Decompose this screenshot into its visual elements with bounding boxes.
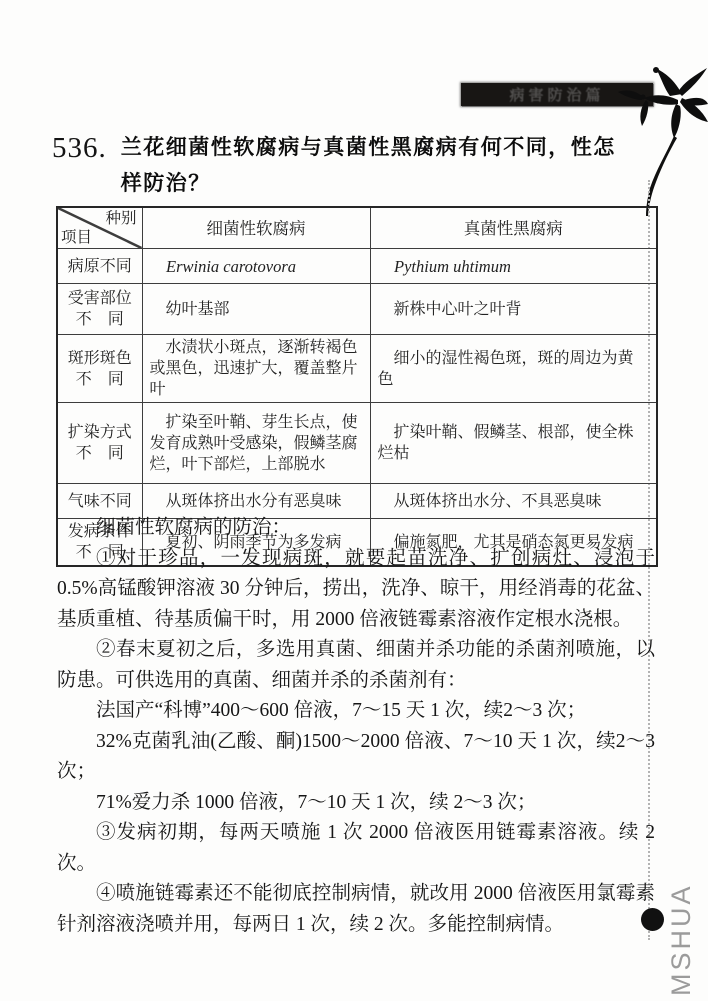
table-row-spread-mode: 扩染方式 不 同 扩染至叶鞘、芽生长点，使发育成熟叶受感染，假鳞茎腐烂，叶下部烂… <box>57 403 657 484</box>
cell-fungal-spread: 扩染叶鞘、假鳞茎、根部，使全株烂枯 <box>370 403 657 484</box>
question-title-block: 536. 兰花细菌性软腐病与真菌性黑腐病有何不同，性怎 样防治？ <box>52 130 662 202</box>
table-header-row: 种别 项目 细菌性软腐病 真菌性黑腐病 <box>57 207 657 249</box>
cell-bacterial-part: 幼叶基部 <box>142 284 370 335</box>
table-corner-cell: 种别 项目 <box>57 207 142 249</box>
page-title: 兰花细菌性软腐病与真菌性黑腐病有何不同，性怎 样防治？ <box>121 130 616 202</box>
chapter-banner-label: 病害防治篇 <box>509 84 604 105</box>
paragraph-fungicide-2: 32%克菌乳油(乙酸、酮)1500～2000 倍液、7～10 天 1 次，续2～… <box>57 727 655 788</box>
watermark-text: MSHUA <box>666 866 697 996</box>
column-header-bacterial: 细菌性软腐病 <box>142 207 370 249</box>
book-page: 病害防治篇 536. 兰花细菌性软腐病与真菌性黑腐病有何不同，性怎 样防治？ <box>0 0 708 1001</box>
cell-bacterial-spot: 水渍状小斑点，逐渐转褐色或黑色，迅速扩大，覆盖整片叶 <box>142 335 370 403</box>
cell-fungal-pathogen: Pythium uhtimum <box>370 249 657 284</box>
table-row-affected-part: 受害部位 不 同 幼叶基部 新株中心叶之叶背 <box>57 284 657 335</box>
page-number-dot <box>641 908 664 931</box>
paragraph-step3: ③发病初期，每两天喷施 1 次 2000 倍液医用链霉素溶液。续 2 次。 <box>57 818 655 879</box>
cell-bacterial-spread: 扩染至叶鞘、芽生长点，使发育成熟叶受感染，假鳞茎腐烂，叶下部烂，上部脱水 <box>142 403 370 484</box>
page-title-line2: 样防治？ <box>121 166 616 202</box>
paragraph-fungicide-3: 71%爱力杀 1000 倍液，7～10 天 1 次，续 2～3 次； <box>57 788 655 819</box>
paragraph-step4: ④喷施链霉素还不能彻底控制病情，就改用 2000 倍液医用氯霉素针剂溶液浇喷并用… <box>57 879 655 940</box>
cell-fungal-part: 新株中心叶之叶背 <box>370 284 657 335</box>
row-label: 斑形斑色 不 同 <box>57 335 142 403</box>
row-label: 病原不同 <box>57 249 142 284</box>
page-title-line1: 兰花细菌性软腐病与真菌性黑腐病有何不同，性怎 <box>121 130 616 166</box>
paragraph-step2: ②春末夏初之后，多选用真菌、细菌并杀功能的杀菌剂喷施，以防患。可供选用的真菌、细… <box>57 635 655 696</box>
paragraph-step1: ①对于珍品，一发现病斑，就要起苗洗净、扩创病灶、浸泡于0.5%高锰酸钾溶液 30… <box>57 544 655 636</box>
column-header-fungal: 真菌性黑腐病 <box>370 207 657 249</box>
body-text: 细菌性软腐病的防治： ①对于珍品，一发现病斑，就要起苗洗净、扩创病灶、浸泡于0.… <box>57 513 655 940</box>
table-row-pathogen: 病原不同 Erwinia carotovora Pythium uhtimum <box>57 249 657 284</box>
paragraph-fungicide-1: 法国产“科博”400～600 倍液，7～15 天 1 次，续2～3 次； <box>57 696 655 727</box>
cell-bacterial-pathogen: Erwinia carotovora <box>142 249 370 284</box>
paragraph-intro: 细菌性软腐病的防治： <box>57 513 655 544</box>
corner-label-kind: 种别 <box>105 208 136 229</box>
row-label: 扩染方式 不 同 <box>57 403 142 484</box>
table-row-spot-appearance: 斑形斑色 不 同 水渍状小斑点，逐渐转褐色或黑色，迅速扩大，覆盖整片叶 细小的湿… <box>57 335 657 403</box>
question-number: 536. <box>52 130 107 202</box>
corner-label-item: 项目 <box>61 227 92 248</box>
row-label: 受害部位 不 同 <box>57 284 142 335</box>
cell-fungal-spot: 细小的湿性褐色斑，斑的周边为黄色 <box>370 335 657 403</box>
